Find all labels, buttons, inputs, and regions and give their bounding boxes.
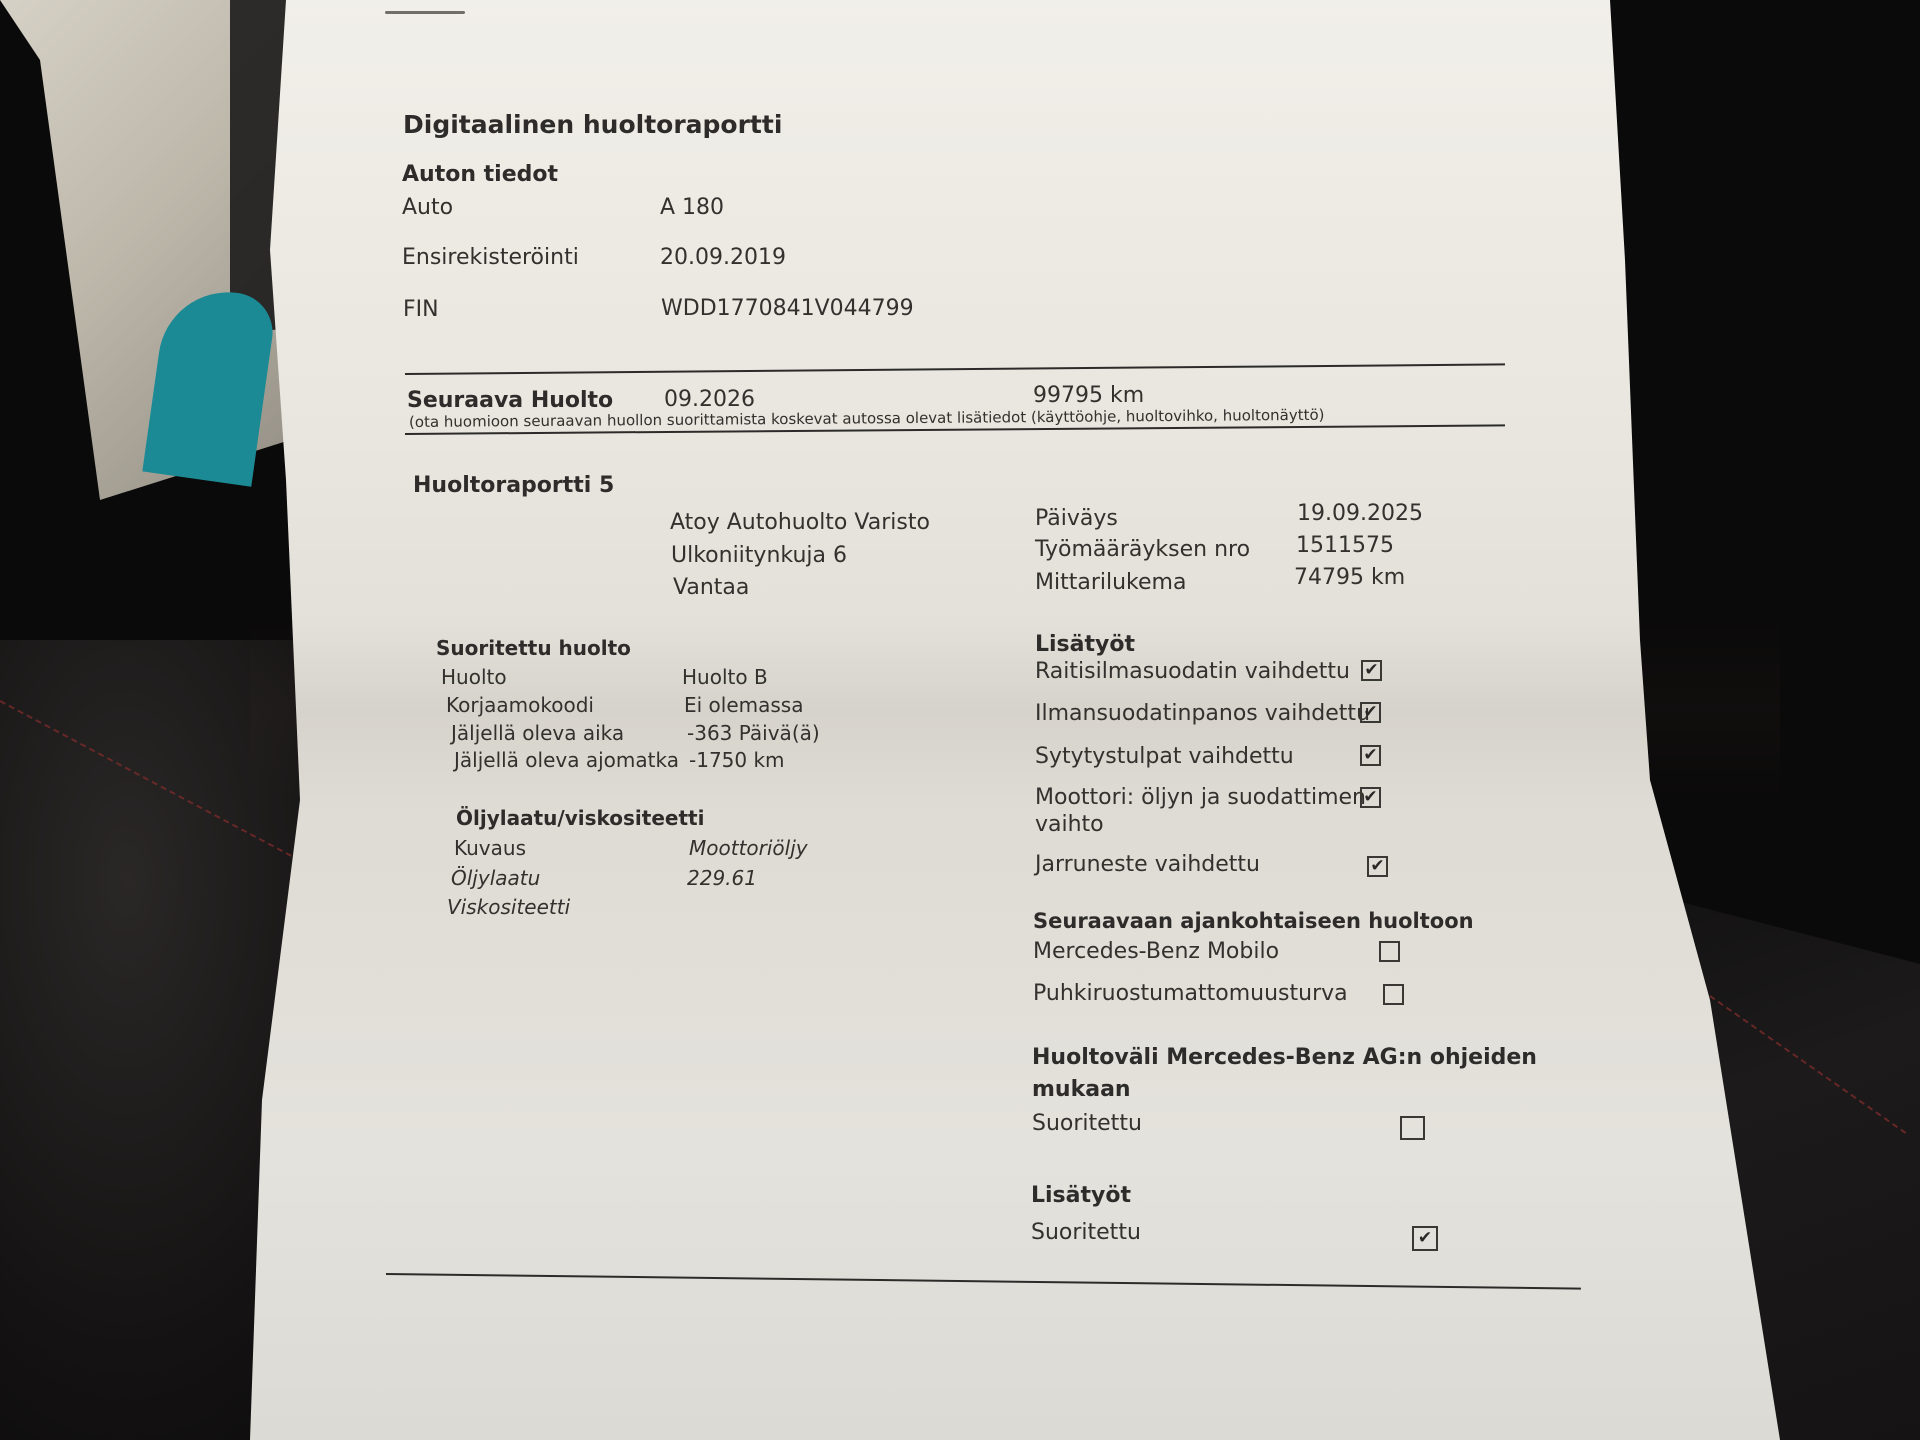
rust-protection-label: Puhkiruostumattomuusturva <box>1033 981 1348 1006</box>
performed-service-heading: Suoritettu huolto <box>436 636 631 660</box>
work-order-label: Työmääräyksen nro <box>1035 537 1250 562</box>
first-registration-label: Ensirekisteröinti <box>402 245 579 270</box>
checkbox-oil-change[interactable]: ✔ <box>1360 787 1381 808</box>
oil-quality-label: Öljylaatu <box>451 866 540 890</box>
remaining-time-label: Jäljellä oleva aika <box>451 721 624 745</box>
checkmark-icon: ✔ <box>1364 662 1378 679</box>
checkmark-icon: ✔ <box>1418 1230 1432 1247</box>
checkbox-cabin-filter[interactable]: ✔ <box>1361 660 1382 681</box>
viscosity-label: Viskositeetti <box>447 895 570 919</box>
checkmark-icon: ✔ <box>1370 858 1384 875</box>
workshop-street: Ulkoniitynkuja 6 <box>671 543 847 568</box>
checkbox-spark-plugs[interactable]: ✔ <box>1360 745 1381 766</box>
mobilo-label: Mercedes-Benz Mobilo <box>1033 939 1279 964</box>
odometer-label: Mittarilukema <box>1035 570 1186 595</box>
date-label: Päiväys <box>1035 506 1118 531</box>
oil-description-value: Moottoriöljy <box>689 836 808 860</box>
next-service-label: Seuraava Huolto <box>407 388 613 413</box>
checkbox-additional-work-performed[interactable]: ✔ <box>1412 1226 1438 1251</box>
report-title: Digitaalinen huoltoraportti <box>403 110 782 139</box>
fin-label: FIN <box>403 297 439 322</box>
date-value: 19.09.2025 <box>1297 501 1423 526</box>
odometer-value: 74795 km <box>1294 565 1405 590</box>
checkbox-interval-performed[interactable] <box>1400 1116 1425 1140</box>
next-service-mileage: 99795 km <box>1033 383 1144 408</box>
additional-work-item-continued: vaihto <box>1035 812 1104 837</box>
remaining-time-value: -363 Päivä(ä) <box>687 721 820 745</box>
work-order-value: 1511575 <box>1296 533 1394 558</box>
additional-work-item: Sytytystulpat vaihdettu <box>1035 744 1294 769</box>
next-current-service-heading: Seuraavaan ajankohtaiseen huoltoon <box>1033 909 1474 933</box>
workshop-city: Vantaa <box>673 575 749 600</box>
first-registration-value: 20.09.2019 <box>660 245 786 270</box>
interval-heading: Huoltoväli Mercedes-Benz AG:n ohjeiden <box>1032 1045 1537 1070</box>
workshop-code-label: Korjaamokoodi <box>446 693 594 717</box>
additional-work-item: Ilmansuodatinpanos vaihdettu <box>1035 701 1370 726</box>
additional-work-performed-label: Suoritettu <box>1031 1220 1141 1245</box>
paper-tear-mark <box>385 11 465 14</box>
service-type-label: Huolto <box>441 665 507 689</box>
fin-value: WDD1770841V044799 <box>661 296 914 321</box>
checkbox-mobilo[interactable] <box>1379 941 1400 962</box>
checkbox-air-filter[interactable]: ✔ <box>1360 702 1381 723</box>
additional-work-done-heading: Lisätyöt <box>1031 1183 1131 1208</box>
checkmark-icon: ✔ <box>1363 789 1377 806</box>
additional-work-item: Raitisilmasuodatin vaihdettu <box>1035 659 1350 684</box>
additional-work-heading: Lisätyöt <box>1035 632 1135 657</box>
additional-work-item: Jarruneste vaihdettu <box>1035 852 1260 877</box>
oil-quality-value: 229.61 <box>687 866 757 890</box>
checkbox-rust-protection[interactable] <box>1383 984 1404 1005</box>
workshop-name: Atoy Autohuolto Varisto <box>670 510 930 535</box>
interval-performed-label: Suoritettu <box>1032 1111 1142 1136</box>
workshop-code-value: Ei olemassa <box>684 693 803 717</box>
next-service-date: 09.2026 <box>664 387 755 412</box>
additional-work-item: Moottori: öljyn ja suodattimen <box>1035 785 1366 810</box>
checkmark-icon: ✔ <box>1363 704 1377 721</box>
oil-heading: Öljylaatu/viskositeetti <box>456 806 704 830</box>
remaining-distance-value: -1750 km <box>689 748 785 772</box>
car-model-value: A 180 <box>660 195 724 220</box>
oil-description-label: Kuvaus <box>454 836 526 860</box>
remaining-distance-label: Jäljellä oleva ajomatka <box>454 748 679 772</box>
car-model-label: Auto <box>402 195 453 220</box>
interval-heading-continued: mukaan <box>1032 1077 1131 1102</box>
checkbox-brake-fluid[interactable]: ✔ <box>1367 856 1388 877</box>
service-type-value: Huolto B <box>682 665 768 689</box>
checkmark-icon: ✔ <box>1363 747 1377 764</box>
car-info-heading: Auton tiedot <box>402 162 558 187</box>
service-report-heading: Huoltoraportti 5 <box>413 473 614 498</box>
